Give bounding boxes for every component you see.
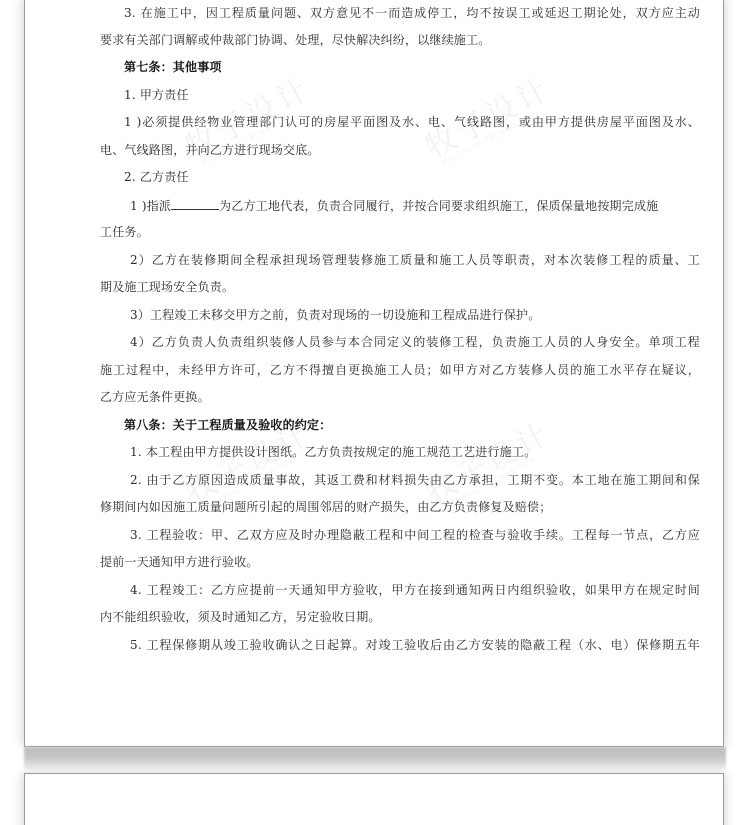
page-separator [24, 747, 726, 771]
paragraph-line: 5. 工程保修期从竣工验收确认之日起算。对竣工验收后由乙方安装的隐蔽工程（水、电… [130, 637, 700, 653]
document-page-1: 牧子设计MUZISHEJI.TAOBAO.COM 牧子设计MUZISHEJI.T… [24, 0, 724, 747]
subsection-title: 1. 甲方责任 [124, 87, 189, 103]
paragraph-line: 1 )必须提供经物业管理部门认可的房屋平面图及水、电、气线路图，或由甲方提供房屋… [124, 114, 700, 130]
paragraph-line: 3. 在施工中，因工程质量问题、双方意见不一而造成停工，均不按误工或延迟工期论处… [124, 5, 700, 21]
document-page-2 [24, 773, 724, 825]
paragraph-line: 4. 工程竣工：乙方应提前一天通知甲方验收，甲方在接到通知两日内组织验收，如果甲… [130, 582, 700, 598]
article-7-heading: 第七条：其他事项 [124, 59, 222, 75]
paragraph-line: 4）乙方负责人负责组织装修人员参与本合同定义的装修工程，负责施工人员的人身安全。… [130, 334, 700, 350]
paragraph-line: 1 )指派为乙方工地代表，负责合同履行，并按合同要求组织施工，保质保量地按期完成… [130, 197, 658, 213]
paragraph-line: 内不能组织验收，须及时通知乙方，另定验收日期。 [100, 609, 381, 625]
clause-text: 为乙方工地代表，负责合同履行，并按合同要求组织施工，保质保量地按期完成施 [219, 199, 658, 213]
paragraph-line: 3. 工程验收：甲、乙双方应及时办理隐蔽工程和中间工程的检查与验收手续。工程每一… [130, 527, 700, 543]
paragraph-line: 1. 本工程由甲方提供设计图纸。乙方负责按规定的施工规范工艺进行施工。 [130, 444, 536, 460]
paragraph-line: 提前一天通知甲方进行验收。 [100, 554, 259, 570]
fill-in-blank[interactable] [171, 197, 219, 210]
paragraph-line: 要求有关部门调解或仲裁部门协调、处理，尽快解决纠纷，以继续施工。 [100, 32, 490, 48]
paragraph-line: 期及施工现场安全负责。 [100, 279, 234, 295]
paragraph-line: 工任务。 [100, 224, 149, 240]
paragraph-line: 2. 由于乙方原因造成质量事故，其返工费和材料损失由乙方承担，工期不变。本工地在… [130, 472, 700, 488]
article-8-heading: 第八条：关于工程质量及验收的约定： [124, 417, 331, 433]
paragraph-line: 3）工程竣工未移交甲方之前，负责对现场的一切设施和工程成品进行保护。 [130, 307, 540, 323]
paragraph-line: 2）乙方在装修期间全程承担现场管理装修施工质量和施工人员等职责，对本次装修工程的… [130, 252, 700, 268]
paragraph-line: 修期间内如因施工质量问题所引起的周围邻居的财产损失，由乙方负责修复及赔偿； [100, 499, 551, 515]
paragraph-line: 电、气线路图，并向乙方进行现场交底。 [100, 142, 320, 158]
paragraph-line: 施工过程中，未经甲方许可，乙方不得擅自更换施工人员；如甲方对乙方装修人员的施工水… [100, 362, 700, 378]
clause-prefix: 1 )指派 [130, 199, 171, 213]
subsection-title: 2. 乙方责任 [124, 169, 189, 185]
paragraph-line: 乙方应无条件更换。 [100, 389, 210, 405]
